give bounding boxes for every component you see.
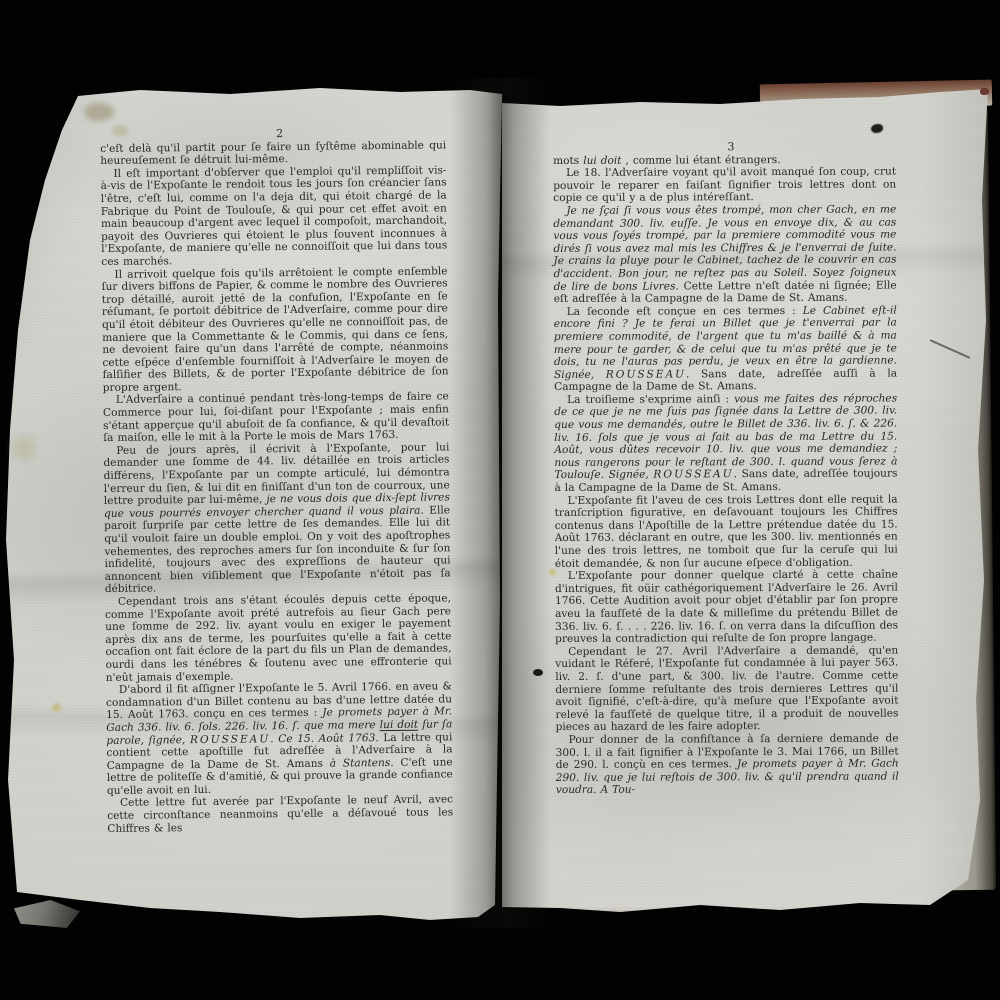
page-right-text-block: 3 mots lui doit , comme lui étant étrang…	[553, 141, 899, 797]
paragraph: La ſeconde eſt conçue en ces termes : Le…	[554, 304, 897, 394]
page-left: 2 c'eſt delà qu'il partit pour ſe faire …	[0, 80, 505, 925]
paragraph: Il arrivoit quelque fois qu'ils arrêtoie…	[101, 265, 448, 395]
paragraph: Cependant le 27. Avril l'Adverſaire a de…	[555, 644, 898, 734]
text-segment: L'Expoſante fit l'aveu de ces trois Lett…	[555, 493, 898, 569]
paragraph: Cependant trois ans s'étant écoulés depu…	[105, 592, 452, 684]
paragraph: La troiſieme s'exprime ainſi : vous me f…	[554, 392, 897, 494]
text-segment: La ſeconde eſt conçue en ces termes :	[567, 305, 803, 318]
text-segment: c'eſt delà qu'il partit pour ſe faire un…	[100, 139, 446, 167]
text-segment-i-caps: ROUSSEAU	[653, 469, 733, 481]
text-segment: L'Adverſaire a continué pendant très-lon…	[103, 391, 449, 444]
text-segment-i-caps: ROUSSEAU	[190, 733, 270, 746]
paragraph: D'abord il fit aſſigner l'Expoſante le 5…	[106, 680, 453, 797]
text-segment: , comme lui étant étrangers.	[622, 154, 781, 167]
paragraph: Cette lettre fut averée par l'Expoſante …	[107, 794, 453, 835]
page-right: 3 mots lui doit , comme lui étant étrang…	[498, 82, 990, 914]
text-segment: Cependant trois ans s'étant écoulés depu…	[105, 592, 452, 683]
paragraph: L'Expoſante fit l'aveu de ces trois Lett…	[555, 493, 898, 570]
text-segment: Le 18. l'Adverſaire voyant qu'il avoit m…	[553, 166, 896, 205]
text-segment-i-u: lui doit	[380, 719, 419, 731]
page-right-paragraphs: mots lui doit , comme lui étant étranger…	[553, 153, 899, 797]
paragraph: Il eſt important d'obſerver que l'emploi…	[100, 164, 447, 268]
photo-background: 2 c'eſt delà qu'il partit pour ſe faire …	[0, 0, 1000, 1000]
text-segment-i: lui doit	[583, 154, 621, 166]
paragraph: Je ne ſçai ſi vous vous êtes trompé, mon…	[553, 203, 896, 305]
text-segment-i-caps: ROUSSEAU	[606, 368, 686, 380]
paragraph: Peu de jours après, il écrivit à l'Expoſ…	[103, 441, 451, 596]
text-segment-i: . Ce 15. Août 1763.	[270, 732, 379, 745]
paragraph: c'eſt delà qu'il partit pour ſe faire un…	[100, 139, 446, 168]
text-segment: L'Expoſante pour donner quelque clarté à…	[555, 569, 898, 645]
text-segment: La troiſieme s'exprime ainſi :	[567, 393, 734, 406]
text-segment: Cependant le 27. Avril l'Adverſaire a de…	[555, 644, 898, 733]
paragraph: L'Adverſaire a continué pendant très-lon…	[103, 391, 450, 445]
text-segment: Cette lettre fut averée par l'Expoſante …	[107, 794, 453, 835]
paragraph: L'Expoſante pour donner quelque clarté à…	[555, 569, 898, 646]
underlying-leaf-sliver-bottom-left	[14, 900, 80, 928]
page-left-text-block: 2 c'eſt delà qu'il partit pour ſe faire …	[100, 126, 453, 835]
paragraph: Pour donner de la confiſtance à ſa derni…	[556, 732, 899, 796]
paragraph: Le 18. l'Adverſaire voyant qu'il avoit m…	[553, 166, 896, 205]
text-segment: Il arrivoit quelque fois qu'ils arrêtoie…	[102, 265, 449, 394]
text-segment: Il eſt important d'obſerver que l'emploi…	[101, 164, 448, 268]
page-left-paragraphs: c'eſt delà qu'il partit pour ſe faire un…	[100, 139, 453, 835]
text-segment: mots	[553, 154, 583, 166]
text-segment-i: à Stantens.	[330, 757, 394, 770]
